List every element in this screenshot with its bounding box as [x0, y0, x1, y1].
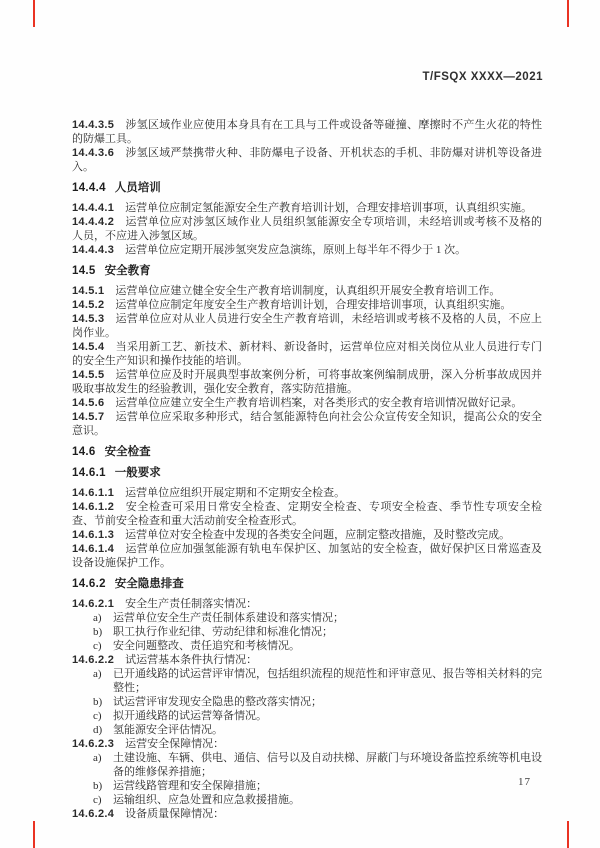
clause-text: 运营单位应建立健全安全生产教育培训制度，认真组织开展安全教育培训工作。 [115, 285, 500, 297]
clause-paragraph: 14.5.5运营单位应及时开展典型事故案例分析，可将事故案例编制成册，深入分析事… [72, 368, 542, 396]
clause-paragraph: 14.4.4.1运营单位应制定氢能源安全生产教育培训计划，合理安排培训事项，认真… [72, 201, 542, 215]
clause-text: 运营单位应及时开展典型事故案例分析，可将事故案例编制成册，深入分析事故成因并吸取… [72, 369, 542, 395]
clause-text: 试运营基本条件执行情况： [125, 654, 257, 666]
clause-number: 14.6.2.1 [72, 598, 114, 610]
clause-text: 运营单位应加强氢能源有轨电车保护区、加氢站的安全检查，做好保护区日常巡查及设备设… [72, 543, 542, 569]
clause-text: 运营单位应定期开展涉氢突发应急演练，原则上每半年不得少于 1 次。 [125, 244, 466, 256]
list-item: a)土建设施、车辆、供电、通信、信号以及自动扶梯、屏蔽门与环境设备监控系统等机电… [72, 751, 542, 779]
clause-number: 14.6.1.1 [72, 487, 114, 499]
page-number: 17 [518, 776, 531, 788]
list-item-text: 试运营评审发现安全隐患的整改落实情况； [113, 696, 322, 708]
list-item-text: 运营单位安全生产责任制体系建设和落实情况； [113, 612, 344, 624]
list-item-marker: a) [93, 751, 102, 765]
list-item-marker: b) [93, 779, 102, 793]
list-item: b)运营线路管理和安全保障措施； [72, 779, 542, 793]
clause-paragraph: 14.5.7运营单位应采取多种形式，结合氢能源特色向社会公众宣传安全知识，提高公… [72, 410, 542, 438]
clause-paragraph: 14.6.1.4运营单位应加强氢能源有轨电车保护区、加氢站的安全检查，做好保护区… [72, 542, 542, 570]
list-item-marker: a) [93, 667, 102, 681]
clause-paragraph: 14.6.1.1运营单位应组织开展定期和不定期安全检查。 [72, 486, 542, 500]
heading-title: 安全检查 [105, 446, 151, 458]
clause-text: 安全生产责任制落实情况： [125, 598, 257, 610]
clause-number: 14.5.4 [72, 341, 104, 353]
heading-number: 14.5 [72, 265, 96, 277]
crop-mark-top-right [567, 0, 569, 27]
heading-title: 一般要求 [115, 467, 161, 479]
list-item: c)安全问题整改、责任追究和考核情况。 [72, 639, 542, 653]
clause-paragraph: 14.6.2.3运营安全保障情况： [72, 737, 542, 751]
clause-paragraph: 14.4.3.6涉氢区域严禁携带火种、非防爆电子设备、开机状态的手机、非防爆对讲… [72, 146, 542, 174]
list-item: a)运营单位安全生产责任制体系建设和落实情况； [72, 611, 542, 625]
list-item: c)运输组织、应急处置和应急救援措施。 [72, 793, 542, 807]
list-item-marker: c) [93, 709, 102, 723]
list-item: a)已开通线路的试运营评审情况，包括组织流程的规范性和评审意见、报告等相关材料的… [72, 667, 542, 695]
list-item-marker: b) [93, 625, 102, 639]
clause-text: 运营单位应建立安全生产教育培训档案，对各类形式的安全教育培训情况做好记录。 [115, 397, 522, 409]
clause-paragraph: 14.6.2.1安全生产责任制落实情况： [72, 597, 542, 611]
clause-text: 运营单位应对从业人员进行安全生产教育培训，未经培训或考核不及格的人员，不应上岗作… [72, 313, 542, 339]
heading-number: 14.6 [72, 446, 96, 458]
clause-number: 14.4.4.1 [72, 202, 114, 214]
clause-paragraph: 14.5.3运营单位应对从业人员进行安全生产教育培训，未经培训或考核不及格的人员… [72, 312, 542, 340]
list-item-text: 职工执行作业纪律、劳动纪律和标准化情况； [113, 626, 333, 638]
section-heading: 14.6.1一般要求 [72, 466, 542, 480]
section-heading: 14.4.4人员培训 [72, 181, 542, 195]
clause-number: 14.6.2.4 [72, 808, 114, 820]
list-item: c)拟开通线路的试运营筹备情况。 [72, 709, 542, 723]
document-body: 14.4.3.5涉氢区域作业应使用本身具有在工具与工件或设备等碰撞、摩擦时不产生… [72, 118, 542, 821]
clause-number: 14.6.2.2 [72, 654, 114, 666]
list-item: b)职工执行作业纪律、劳动纪律和标准化情况； [72, 625, 542, 639]
heading-number: 14.6.1 [72, 467, 106, 479]
list-item-text: 氢能源安全评估情况。 [113, 724, 223, 736]
clause-number: 14.5.3 [72, 313, 104, 325]
document-page: T/FSQX XXXX—2021 14.4.3.5涉氢区域作业应使用本身具有在工… [0, 0, 600, 848]
clause-text: 运营单位应制定年度安全生产教育培训计划，合理安排培训事项，认真组织实施。 [115, 299, 511, 311]
clause-number: 14.6.1.4 [72, 543, 114, 555]
clause-number: 14.5.2 [72, 299, 104, 311]
clause-paragraph: 14.5.4当采用新工艺、新技术、新材料、新设备时，运营单位应对相关岗位从业人员… [72, 340, 542, 368]
heading-number: 14.6.2 [72, 578, 106, 590]
list-item-text: 运输组织、应急处置和应急救援措施。 [113, 794, 300, 806]
clause-text: 安全检查可采用日常安全检查、定期安全检查、专项安全检查、季节性专项安全检查、节前… [72, 501, 542, 527]
clause-text: 设备质量保障情况： [125, 808, 224, 820]
clause-paragraph: 14.4.4.3运营单位应定期开展涉氢突发应急演练，原则上每半年不得少于 1 次… [72, 243, 542, 257]
clause-number: 14.6.1.2 [72, 501, 114, 513]
list-item-text: 运营线路管理和安全保障措施； [113, 780, 267, 792]
clause-paragraph: 14.5.6运营单位应建立安全生产教育培训档案，对各类形式的安全教育培训情况做好… [72, 396, 542, 410]
clause-text: 运营单位对安全检查中发现的各类安全问题，应制定整改措施，及时整改完成。 [125, 529, 510, 541]
clause-text: 当采用新工艺、新技术、新材料、新设备时，运营单位应对相关岗位从业人员进行专门的安… [72, 341, 542, 367]
list-item-marker: d) [93, 723, 102, 737]
clause-text: 涉氢区域作业应使用本身具有在工具与工件或设备等碰撞、摩擦时不产生火花的特性的防爆… [72, 119, 542, 145]
clause-paragraph: 14.4.3.5涉氢区域作业应使用本身具有在工具与工件或设备等碰撞、摩擦时不产生… [72, 118, 542, 146]
clause-number: 14.4.3.6 [72, 147, 114, 159]
heading-title: 人员培训 [115, 182, 161, 194]
section-heading: 14.6.2安全隐患排查 [72, 577, 542, 591]
clause-text: 涉氢区域严禁携带火种、非防爆电子设备、开机状态的手机、非防爆对讲机等设备进入。 [72, 147, 542, 173]
clause-number: 14.4.3.5 [72, 119, 114, 131]
list-item-text: 已开通线路的试运营评审情况，包括组织流程的规范性和评审意见、报告等相关材料的完整… [113, 668, 542, 694]
clause-paragraph: 14.6.1.3运营单位对安全检查中发现的各类安全问题，应制定整改措施，及时整改… [72, 528, 542, 542]
clause-text: 运营单位应对涉氢区域作业人员组织氢能源安全专项培训，未经培训或考核不及格的人员，… [72, 216, 542, 242]
list-item-text: 土建设施、车辆、供电、通信、信号以及自动扶梯、屏蔽门与环境设备监控系统等机电设备… [113, 752, 542, 778]
section-heading: 14.5安全教育 [72, 264, 542, 278]
list-item: d)氢能源安全评估情况。 [72, 723, 542, 737]
clause-number: 14.5.6 [72, 397, 104, 409]
clause-paragraph: 14.6.2.4设备质量保障情况： [72, 807, 542, 821]
list-item-marker: c) [93, 793, 102, 807]
clause-number: 14.5.1 [72, 285, 104, 297]
clause-text: 运营单位应组织开展定期和不定期安全检查。 [125, 487, 345, 499]
crop-mark-bottom-right [567, 821, 569, 848]
clause-text: 运营单位应制定氢能源安全生产教育培训计划，合理安排培训事项，认真组织实施。 [125, 202, 532, 214]
clause-paragraph: 14.5.2运营单位应制定年度安全生产教育培训计划，合理安排培训事项，认真组织实… [72, 298, 542, 312]
crop-mark-top-left [33, 0, 35, 27]
list-item-marker: a) [93, 611, 102, 625]
list-item-text: 安全问题整改、责任追究和考核情况。 [113, 640, 300, 652]
clause-paragraph: 14.4.4.2运营单位应对涉氢区域作业人员组织氢能源安全专项培训，未经培训或考… [72, 215, 542, 243]
list-item-marker: c) [93, 639, 102, 653]
list-item-marker: b) [93, 695, 102, 709]
clause-paragraph: 14.6.1.2安全检查可采用日常安全检查、定期安全检查、专项安全检查、季节性专… [72, 500, 542, 528]
clause-paragraph: 14.5.1运营单位应建立健全安全生产教育培训制度，认真组织开展安全教育培训工作… [72, 284, 542, 298]
heading-title: 安全隐患排查 [115, 578, 184, 590]
clause-number: 14.6.1.3 [72, 529, 114, 541]
section-heading: 14.6安全检查 [72, 445, 542, 459]
clause-text: 运营单位应采取多种形式，结合氢能源特色向社会公众宣传安全知识，提高公众的安全意识… [72, 411, 542, 437]
clause-number: 14.4.4.2 [72, 216, 114, 228]
clause-number: 14.6.2.3 [72, 738, 114, 750]
crop-mark-bottom-left [33, 821, 35, 848]
clause-number: 14.5.5 [72, 369, 104, 381]
list-item: b)试运营评审发现安全隐患的整改落实情况； [72, 695, 542, 709]
clause-paragraph: 14.6.2.2试运营基本条件执行情况： [72, 653, 542, 667]
clause-number: 14.5.7 [72, 411, 104, 423]
clause-number: 14.4.4.3 [72, 244, 114, 256]
document-code-header: T/FSQX XXXX—2021 [423, 71, 544, 83]
list-item-text: 拟开通线路的试运营筹备情况。 [113, 710, 267, 722]
clause-text: 运营安全保障情况： [125, 738, 224, 750]
heading-number: 14.4.4 [72, 182, 106, 194]
heading-title: 安全教育 [105, 265, 151, 277]
